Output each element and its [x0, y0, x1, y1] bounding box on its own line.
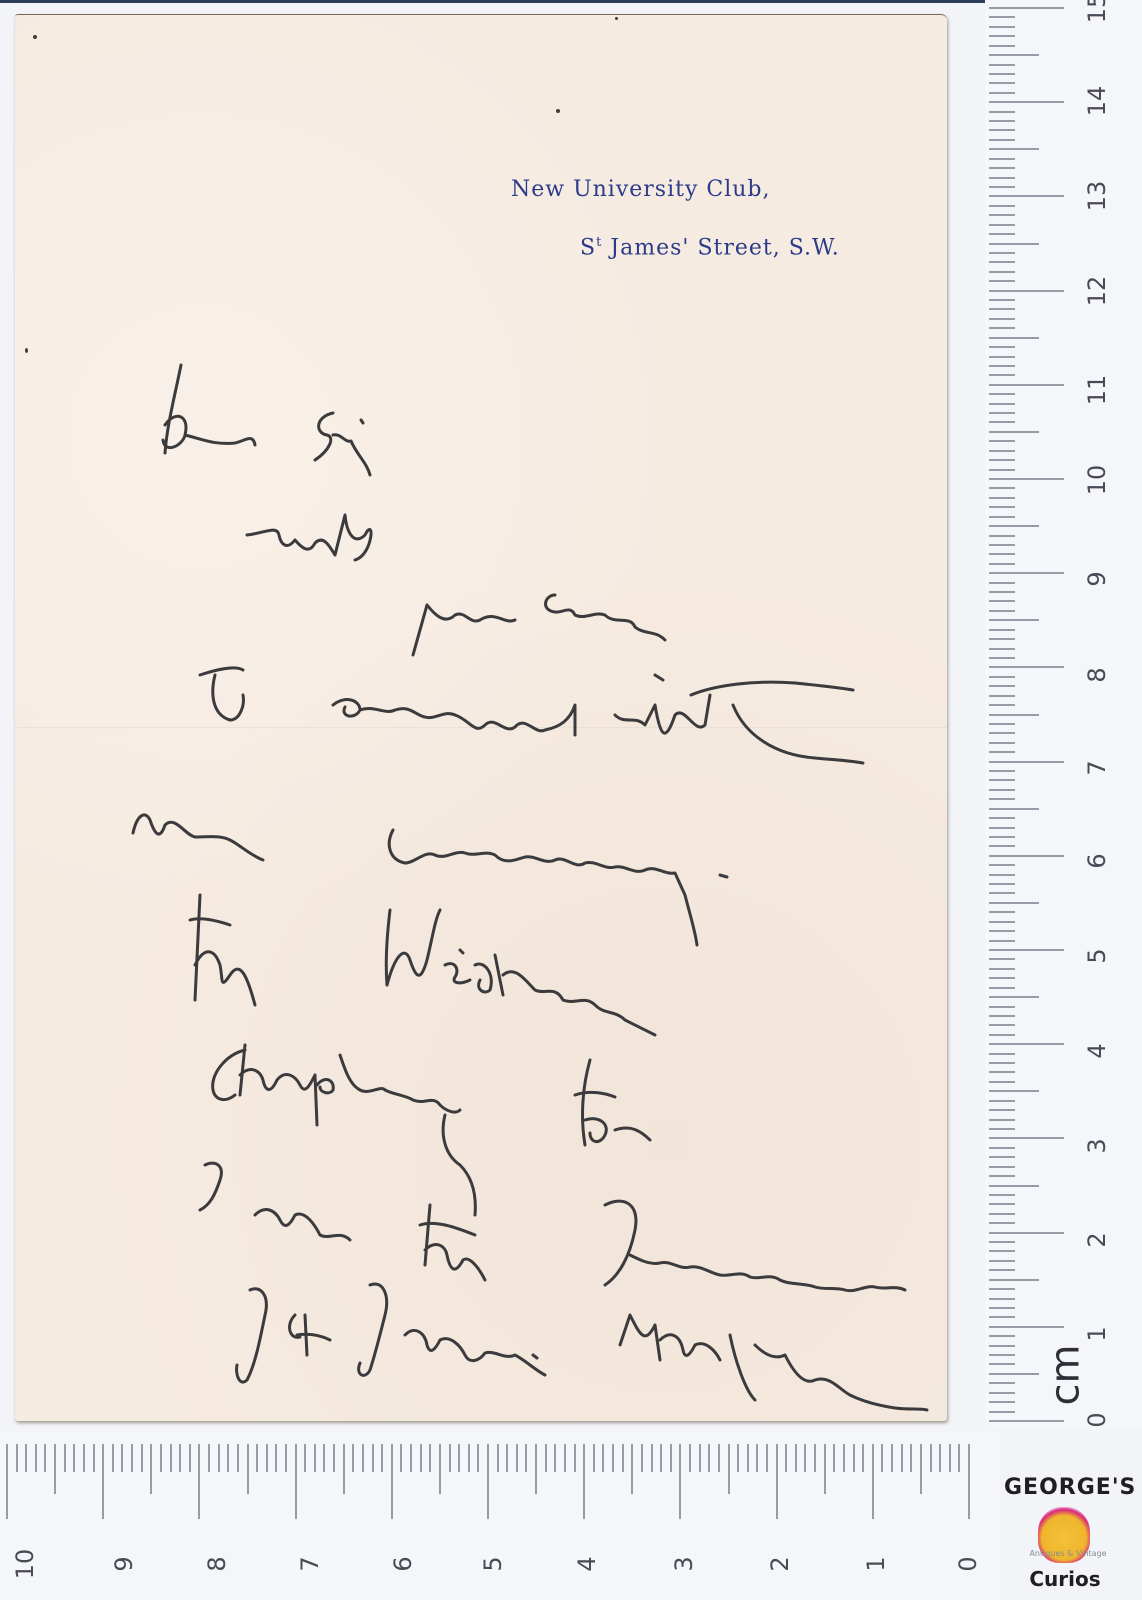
ruler-tick: [989, 1232, 1064, 1234]
ruler-tick: [989, 1298, 1015, 1300]
vertical-ruler: 0 1 2 3 4 5 6 7 8 9 10 11 12 13 14 15: [985, 0, 1142, 1430]
ruler-tick: [670, 1444, 672, 1472]
ruler-tick: [989, 648, 1015, 650]
ruler-tick: [535, 1444, 537, 1494]
ruler-tick: [989, 1401, 1015, 1403]
ruler-tick: [989, 1203, 1015, 1205]
ruler-tick: [16, 1444, 18, 1472]
ruler-tick: [989, 761, 1064, 763]
ruler-tick: [872, 1444, 874, 1519]
ruler-tick: [989, 82, 1015, 84]
ruler-tick: [516, 1444, 518, 1472]
ruler-tick: [256, 1444, 258, 1472]
ruler-tick: [989, 704, 1015, 706]
ruler-tick: [989, 516, 1015, 518]
ruler-tick: [285, 1444, 287, 1472]
ruler-tick: [989, 535, 1015, 537]
ruler-tick: [989, 497, 1015, 499]
ruler-tick: [660, 1444, 662, 1472]
ruler-number: 7: [1083, 748, 1111, 788]
ruler-tick: [989, 798, 1015, 800]
ruler-tick: [989, 695, 1015, 697]
ruler-tick: [679, 1444, 681, 1519]
scanner-edge: [0, 0, 1142, 3]
ruler-number: 1: [862, 1544, 890, 1584]
ruler-tick: [989, 732, 1015, 734]
ruler-tick: [891, 1444, 893, 1472]
ruler-tick: [989, 1137, 1064, 1139]
ruler-tick: [208, 1444, 210, 1472]
ruler-tick: [54, 1444, 56, 1494]
ruler-tick: [574, 1444, 576, 1472]
ruler-tick: [989, 1175, 1015, 1177]
ruler-tick: [833, 1444, 835, 1472]
ruler-tick: [989, 186, 1015, 188]
ruler-tick: [989, 638, 1015, 640]
ruler-tick: [420, 1444, 422, 1472]
ruler-tick: [275, 1444, 277, 1472]
ruler-tick: [989, 1316, 1015, 1318]
ruler-tick: [989, 714, 1039, 716]
ruler-tick: [843, 1444, 845, 1472]
ruler-number: 6: [1083, 841, 1111, 881]
ruler-tick: [989, 1222, 1015, 1224]
ruler-tick: [989, 1307, 1015, 1309]
ruler-tick: [989, 751, 1015, 753]
ruler-tick: [989, 1260, 1015, 1262]
ruler-tick: [989, 911, 1015, 913]
ruler-tick: [352, 1444, 354, 1472]
ruler-tick: [989, 958, 1015, 960]
ruler-tick: [989, 318, 1015, 320]
ruler-tick: [989, 271, 1015, 273]
ruler-tick: [989, 525, 1039, 527]
ruler-tick: [989, 205, 1015, 207]
ruler-tick: [989, 883, 1015, 885]
ruler-tick: [989, 1006, 1015, 1008]
ruler-tick: [989, 280, 1015, 282]
ruler-tick: [989, 591, 1015, 593]
ruler-number: 12: [1083, 271, 1111, 311]
ruler-tick: [989, 167, 1015, 169]
ruler-tick: [83, 1444, 85, 1472]
ruler-tick: [35, 1444, 37, 1472]
ruler-tick: [989, 459, 1015, 461]
logo-subtitle: Antiques & Vintage: [1018, 1549, 1118, 1558]
ruler-tick: [989, 874, 1015, 876]
ruler-tick: [804, 1444, 806, 1472]
ruler-tick: [362, 1444, 364, 1472]
ruler-tick: [989, 987, 1015, 989]
ruler-tick: [391, 1444, 393, 1519]
ruler-number: 8: [1083, 655, 1111, 695]
handwriting-strokes: [15, 15, 947, 1421]
ruler-tick: [487, 1444, 489, 1519]
ruler-tick: [372, 1444, 374, 1472]
letter-line-1: Dear Sir: [15, 15, 16, 16]
ruler-tick: [989, 177, 1015, 179]
ruler-tick: [989, 610, 1015, 612]
ruler-tick: [989, 384, 1064, 386]
ruler-tick: [989, 487, 1015, 489]
ruler-tick: [989, 770, 1015, 772]
ruler-number: 3: [670, 1544, 698, 1584]
ruler-tick: [73, 1444, 75, 1472]
ruler-number: 4: [1083, 1031, 1111, 1071]
ruler-tick: [989, 393, 1015, 395]
ruler-tick: [160, 1444, 162, 1472]
ruler-tick: [631, 1444, 633, 1494]
ruler-tick: [458, 1444, 460, 1472]
ruler-tick: [989, 1373, 1039, 1375]
ruler-tick: [189, 1444, 191, 1472]
ruler-tick: [170, 1444, 172, 1472]
ruler-tick: [989, 252, 1015, 254]
ruler-tick: [989, 299, 1015, 301]
ruler-tick: [989, 1269, 1015, 1271]
ruler-tick: [785, 1444, 787, 1472]
ruler-number: 2: [1083, 1220, 1111, 1260]
ruler-tick: [737, 1444, 739, 1472]
ruler-tick: [989, 553, 1015, 555]
ruler-tick: [583, 1444, 585, 1519]
ruler-tick: [989, 337, 1039, 339]
ruler-tick: [989, 73, 1015, 75]
ruler-number: 6: [389, 1544, 417, 1584]
ruler-tick: [989, 1081, 1015, 1083]
ruler-tick: [989, 789, 1015, 791]
ruler-tick: [989, 1345, 1015, 1347]
ruler-tick: [989, 930, 1015, 932]
ruler-tick: [989, 224, 1015, 226]
ruler-tick: [989, 214, 1015, 216]
ruler-tick: [989, 921, 1015, 923]
ruler-tick: [989, 506, 1015, 508]
ruler-tick: [989, 233, 1015, 235]
ruler-tick: [989, 1185, 1039, 1187]
ruler-tick: [247, 1444, 249, 1494]
ruler-tick: [939, 1444, 941, 1472]
ruler-tick: [989, 440, 1015, 442]
ruler-number: 11: [1083, 370, 1111, 410]
ruler-tick: [989, 1250, 1015, 1252]
ruler-number: 3: [1083, 1126, 1111, 1166]
ruler-tick: [958, 1444, 960, 1472]
ruler-tick: [410, 1444, 412, 1472]
ruler-tick: [708, 1444, 710, 1472]
ruler-tick: [989, 1213, 1015, 1215]
ruler-number: 0: [1083, 1400, 1111, 1440]
ruler-tick: [6, 1444, 8, 1519]
ruler-number: 2: [766, 1544, 794, 1584]
ruler-tick: [989, 600, 1015, 602]
ruler-tick: [989, 92, 1015, 94]
ruler-tick: [989, 421, 1015, 423]
ruler-tick: [949, 1444, 951, 1472]
ruler-tick: [718, 1444, 720, 1472]
ruler-number: 9: [1083, 559, 1111, 599]
ruler-tick: [333, 1444, 335, 1472]
ruler-tick: [989, 1015, 1015, 1017]
ruler-tick: [756, 1444, 758, 1472]
ruler-tick: [449, 1444, 451, 1472]
ruler-tick: [343, 1444, 345, 1494]
ruler-tick: [989, 346, 1015, 348]
ruler-tick: [989, 1354, 1015, 1356]
ruler-tick: [989, 808, 1039, 810]
ruler-tick: [266, 1444, 268, 1472]
ruler-tick: [989, 1166, 1015, 1168]
ruler-number: 4: [573, 1544, 601, 1584]
ruler-tick: [989, 261, 1015, 263]
ruler-tick: [989, 544, 1015, 546]
ruler-tick: [989, 779, 1015, 781]
ruler-tick: [920, 1444, 922, 1494]
ruler-number: 10: [11, 1544, 39, 1584]
ruler-tick: [314, 1444, 316, 1472]
ruler-number: 9: [110, 1544, 138, 1584]
ruler-tick: [25, 1444, 27, 1472]
ruler-tick: [824, 1444, 826, 1494]
ruler-tick: [989, 450, 1015, 452]
ruler-tick: [497, 1444, 499, 1472]
ruler-tick: [989, 996, 1039, 998]
ruler-tick: [968, 1444, 970, 1519]
ruler-tick: [989, 676, 1015, 678]
ruler-tick: [989, 968, 1015, 970]
ruler-number: 5: [479, 1544, 507, 1584]
ruler-tick: [989, 431, 1039, 433]
ruler-tick: [989, 1119, 1015, 1121]
ruler-tick: [989, 16, 1015, 18]
ruler-tick: [989, 54, 1039, 56]
ruler-number: 0: [954, 1544, 982, 1584]
ruler-tick: [989, 64, 1015, 66]
ruler-tick: [44, 1444, 46, 1472]
ruler-tick: [381, 1444, 383, 1472]
ruler-tick: [689, 1444, 691, 1472]
ruler-tick: [400, 1444, 402, 1472]
ruler-tick: [989, 572, 1064, 574]
ruler-tick: [989, 111, 1015, 113]
ruler-tick: [989, 1062, 1015, 1064]
ruler-tick: [989, 563, 1015, 565]
ruler-tick: [766, 1444, 768, 1472]
ruler-tick: [131, 1444, 133, 1472]
ruler-tick: [989, 977, 1015, 979]
ruler-tick: [198, 1444, 200, 1519]
ruler-tick: [989, 403, 1015, 405]
ruler-number: 10: [1083, 460, 1111, 500]
ruler-tick: [795, 1444, 797, 1472]
ruler-tick: [910, 1444, 912, 1472]
ruler-tick: [593, 1444, 595, 1472]
ruler-tick: [525, 1444, 527, 1472]
ruler-tick: [989, 148, 1039, 150]
ruler-tick: [989, 723, 1015, 725]
ruler-tick: [989, 139, 1015, 141]
ruler-tick: [989, 158, 1015, 160]
ruler-tick: [814, 1444, 816, 1472]
ruler-tick: [218, 1444, 220, 1472]
ruler-tick: [989, 892, 1015, 894]
ruler-tick: [989, 469, 1015, 471]
ruler-tick: [989, 1156, 1015, 1158]
ruler-tick: [989, 1288, 1015, 1290]
ruler-tick: [989, 1100, 1015, 1102]
ruler-tick: [237, 1444, 239, 1472]
ruler-tick: [776, 1444, 778, 1519]
ruler-tick: [989, 120, 1015, 122]
ruler-tick: [64, 1444, 66, 1472]
ruler-tick: [564, 1444, 566, 1472]
ruler-tick: [141, 1444, 143, 1472]
ruler-tick: [989, 327, 1015, 329]
ruler-tick: [989, 412, 1015, 414]
ruler-tick: [323, 1444, 325, 1472]
ruler-tick: [853, 1444, 855, 1472]
ruler-tick: [989, 243, 1039, 245]
ruler-tick: [304, 1444, 306, 1472]
ruler-tick: [150, 1444, 152, 1494]
ruler-tick: [602, 1444, 604, 1472]
ruler-tick: [989, 1071, 1015, 1073]
ruler-tick: [989, 101, 1064, 103]
ruler-tick: [989, 817, 1015, 819]
ruler-tick: [989, 1090, 1039, 1092]
ruler-tick: [901, 1444, 903, 1472]
ruler-tick: [989, 1392, 1015, 1394]
ruler-tick: [989, 1326, 1064, 1328]
logo-top-text: GEORGE'S: [1004, 1475, 1126, 1500]
ruler-tick: [989, 855, 1064, 857]
ruler-tick: [989, 35, 1015, 37]
ruler-tick: [121, 1444, 123, 1472]
ruler-tick: [728, 1444, 730, 1494]
ruler-tick: [989, 26, 1015, 28]
ruler-tick: [989, 1194, 1015, 1196]
ruler-tick: [227, 1444, 229, 1472]
ruler-tick: [989, 629, 1015, 631]
ruler-tick: [179, 1444, 181, 1472]
ruler-tick: [112, 1444, 114, 1472]
ruler-number: 7: [296, 1544, 324, 1584]
ruler-number: 15: [1083, 0, 1111, 28]
ruler-tick: [622, 1444, 624, 1472]
ruler-tick: [612, 1444, 614, 1472]
ruler-tick: [989, 1034, 1015, 1036]
ruler-tick: [989, 1279, 1039, 1281]
ruler-number: 14: [1083, 81, 1111, 121]
letter-sheet: New University Club, St James' Street, S…: [15, 14, 947, 1421]
ruler-tick: [989, 195, 1064, 197]
ruler-tick: [439, 1444, 441, 1494]
ruler-number: 8: [203, 1544, 231, 1584]
ruler-tick: [989, 666, 1064, 668]
ruler-number: 5: [1083, 936, 1111, 976]
ruler-tick: [989, 1043, 1064, 1045]
ruler-tick: [989, 845, 1015, 847]
ruler-tick: [989, 374, 1015, 376]
ruler-tick: [989, 619, 1039, 621]
ruler-tick: [506, 1444, 508, 1472]
horizontal-ruler: 0 1 2 3 4 5 6 7 8 9 10: [0, 1432, 1000, 1600]
ruler-tick: [747, 1444, 749, 1472]
ruler-tick: [930, 1444, 932, 1472]
ruler-tick: [989, 864, 1015, 866]
ruler-tick: [93, 1444, 95, 1472]
ruler-tick: [989, 290, 1064, 292]
ruler-tick: [989, 308, 1015, 310]
ruler-tick: [989, 940, 1015, 942]
georges-curios-logo: GEORGE'S Antiques & Vintage Curios: [1000, 1475, 1130, 1595]
ruler-tick: [989, 902, 1039, 904]
ruler-tick: [699, 1444, 701, 1472]
ruler-tick: [989, 1147, 1015, 1149]
ruler-tick: [989, 1382, 1015, 1384]
ruler-tick: [641, 1444, 643, 1472]
ruler-tick: [989, 685, 1015, 687]
ruler-tick: [989, 7, 1064, 9]
ruler-tick: [989, 129, 1015, 131]
ruler-tick: [554, 1444, 556, 1472]
ruler-tick: [989, 1363, 1015, 1365]
ruler-tick: [651, 1444, 653, 1472]
ruler-tick: [102, 1444, 104, 1519]
ruler-tick: [862, 1444, 864, 1472]
ruler-tick: [989, 1411, 1015, 1413]
ruler-tick: [429, 1444, 431, 1472]
ruler-tick: [989, 365, 1015, 367]
ruler-tick: [989, 836, 1015, 838]
ruler-tick: [989, 1109, 1015, 1111]
ruler-tick: [989, 1053, 1015, 1055]
ruler-tick: [989, 742, 1015, 744]
ruler-tick: [989, 657, 1015, 659]
ruler-tick: [881, 1444, 883, 1472]
ruler-tick: [477, 1444, 479, 1472]
ruler-tick: [468, 1444, 470, 1472]
ruler-tick: [295, 1444, 297, 1519]
ruler-tick: [989, 1024, 1015, 1026]
ruler-tick: [989, 827, 1015, 829]
ruler-tick: [545, 1444, 547, 1472]
ruler-number: 13: [1083, 176, 1111, 216]
ruler-tick: [989, 1241, 1015, 1243]
ruler-tick: [989, 356, 1015, 358]
ruler-tick: [989, 1128, 1015, 1130]
ruler-unit-label: cm: [1042, 1345, 1088, 1406]
ruler-tick: [989, 582, 1015, 584]
ruler-tick: [989, 949, 1064, 951]
ruler-tick: [989, 45, 1015, 47]
ruler-tick: [989, 478, 1064, 480]
logo-bottom-text: Curios: [1010, 1567, 1120, 1591]
ruler-tick: [989, 1335, 1015, 1337]
ruler-tick: [989, 1420, 1064, 1422]
